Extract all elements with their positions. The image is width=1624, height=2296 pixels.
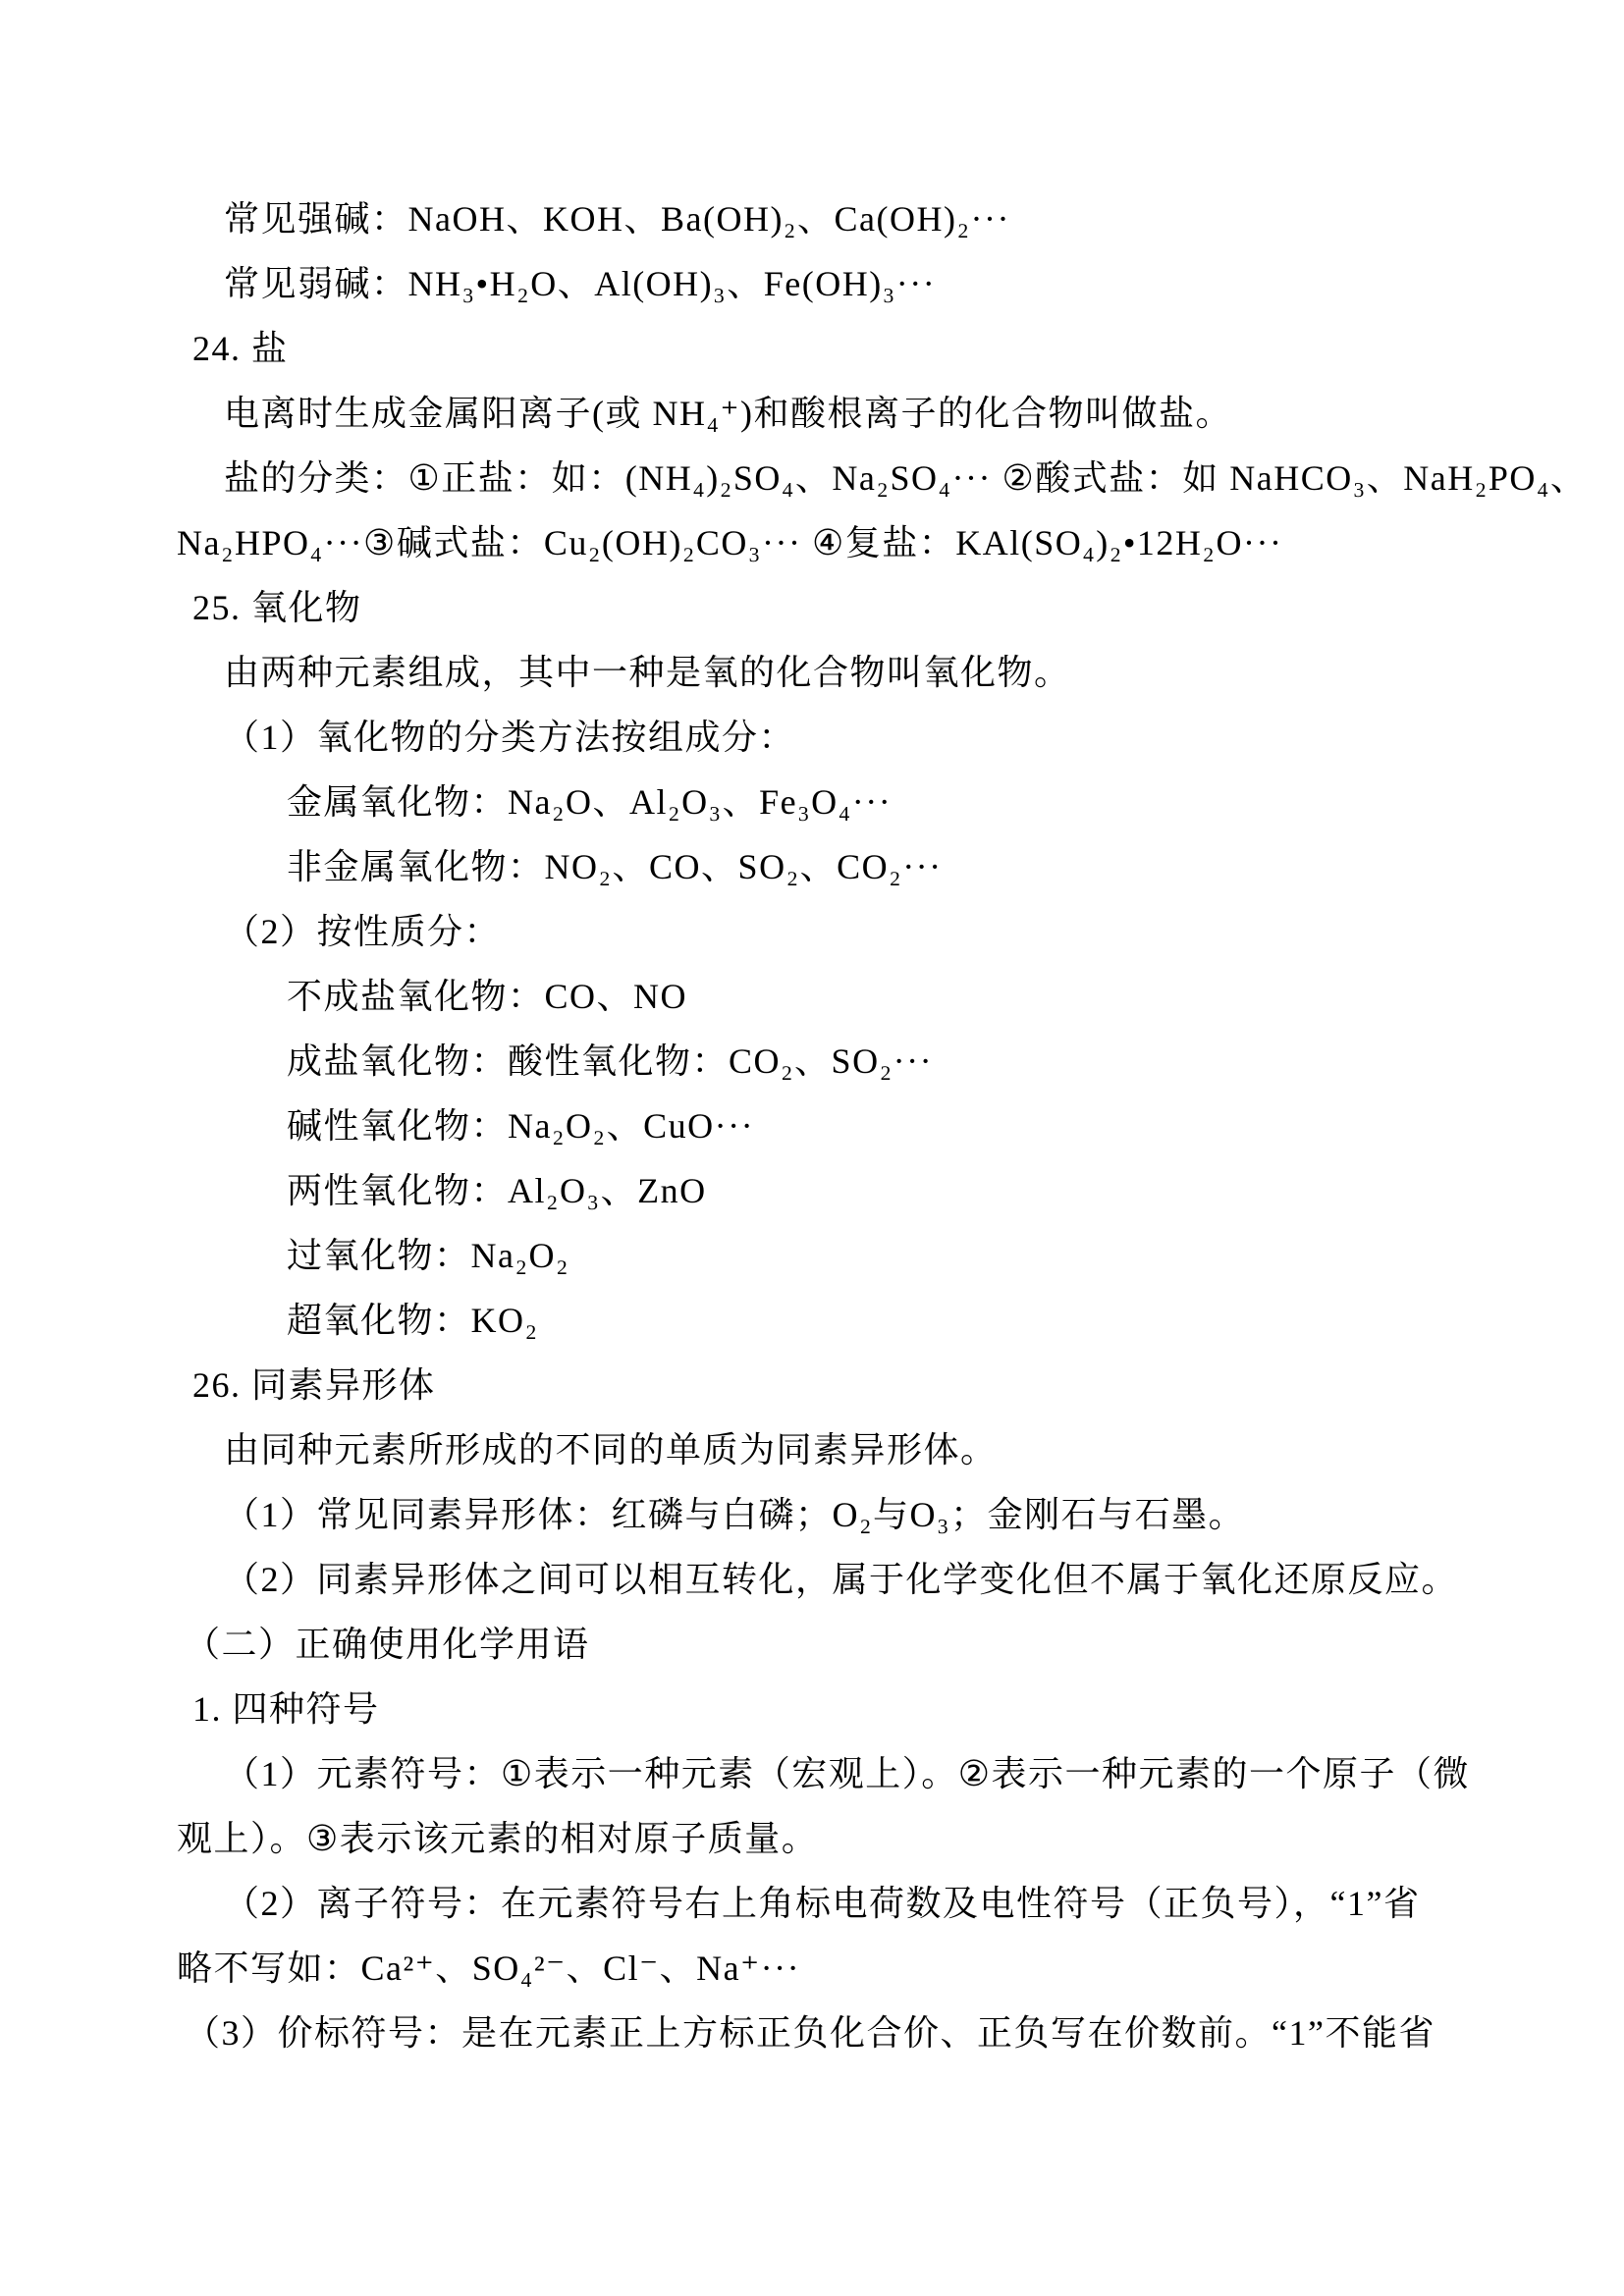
line-peroxides: 过氧化物：Na₂O₂ xyxy=(177,1223,1487,1288)
line-ion-symbol-part2: 略不写如：Ca²⁺、SO₄²⁻、Cl⁻、Na⁺··· xyxy=(177,1936,1487,2001)
heading-24-salts: 24. 盐 xyxy=(177,316,1487,381)
line-salt-classification-part2: Na₂HPO₄···③碱式盐：Cu₂(OH)₂CO₃··· ④复盐：KAl(SO… xyxy=(177,510,1487,575)
heading-25-oxides: 25. 氧化物 xyxy=(177,575,1487,640)
document-page: 常见强碱：NaOH、KOH、Ba(OH)₂、Ca(OH)₂··· 常见弱碱：NH… xyxy=(0,0,1624,2296)
line-weak-bases: 常见弱碱：NH₃•H₂O、Al(OH)₃、Fe(OH)₃··· xyxy=(177,251,1487,316)
line-nonmetal-oxides: 非金属氧化物：NO₂、CO、SO₂、CO₂··· xyxy=(177,834,1487,899)
line-oxide-by-composition: （1）氧化物的分类方法按组成分： xyxy=(177,705,1487,770)
line-allotrope-conversion: （2）同素异形体之间可以相互转化，属于化学变化但不属于氧化还原反应。 xyxy=(177,1547,1487,1612)
line-non-salt-forming-oxides: 不成盐氧化物：CO、NO xyxy=(177,964,1487,1029)
line-allotrope-definition: 由同种元素所形成的不同的单质为同素异形体。 xyxy=(177,1417,1487,1482)
line-element-symbol-part2: 观上）。③表示该元素的相对原子质量。 xyxy=(177,1806,1487,1871)
line-strong-bases: 常见强碱：NaOH、KOH、Ba(OH)₂、Ca(OH)₂··· xyxy=(177,187,1487,251)
line-superoxides: 超氧化物：KO₂ xyxy=(177,1288,1487,1353)
line-common-allotropes: （1）常见同素异形体：红磷与白磷；O₂与O₃；金刚石与石墨。 xyxy=(177,1482,1487,1547)
line-element-symbol-part1: （1）元素符号：①表示一种元素（宏观上）。②表示一种元素的一个原子（微 xyxy=(177,1741,1487,1806)
line-metal-oxides: 金属氧化物：Na₂O、Al₂O₃、Fe₃O₄··· xyxy=(177,770,1487,834)
line-salt-classification-part1: 盐的分类：①正盐：如：(NH₄)₂SO₄、Na₂SO₄··· ②酸式盐：如 Na… xyxy=(177,446,1487,510)
page-content: 常见强碱：NaOH、KOH、Ba(OH)₂、Ca(OH)₂··· 常见弱碱：NH… xyxy=(0,0,1624,2065)
line-oxide-definition: 由两种元素组成，其中一种是氧的化合物叫氧化物。 xyxy=(177,640,1487,705)
line-amphoteric-oxides: 两性氧化物：Al₂O₃、ZnO xyxy=(177,1158,1487,1223)
heading-26-allotropes: 26. 同素异形体 xyxy=(177,1353,1487,1417)
line-valence-symbol: （3）价标符号：是在元素正上方标正负化合价、正负写在价数前。“1”不能省 xyxy=(177,2001,1487,2065)
line-salt-definition: 电离时生成金属阳离子(或 NH₄⁺)和酸根离子的化合物叫做盐。 xyxy=(177,381,1487,446)
line-oxide-by-property: （2）按性质分： xyxy=(177,899,1487,964)
line-salt-forming-oxides: 成盐氧化物：酸性氧化物：CO₂、SO₂··· xyxy=(177,1029,1487,1094)
heading-section2-chemical-terms: （二）正确使用化学用语 xyxy=(177,1612,1487,1677)
line-ion-symbol-part1: （2）离子符号：在元素符号右上角标电荷数及电性符号（正负号），“1”省 xyxy=(177,1871,1487,1936)
heading-1-four-symbols: 1. 四种符号 xyxy=(177,1677,1487,1741)
line-basic-oxides: 碱性氧化物：Na₂O₂、CuO··· xyxy=(177,1094,1487,1158)
